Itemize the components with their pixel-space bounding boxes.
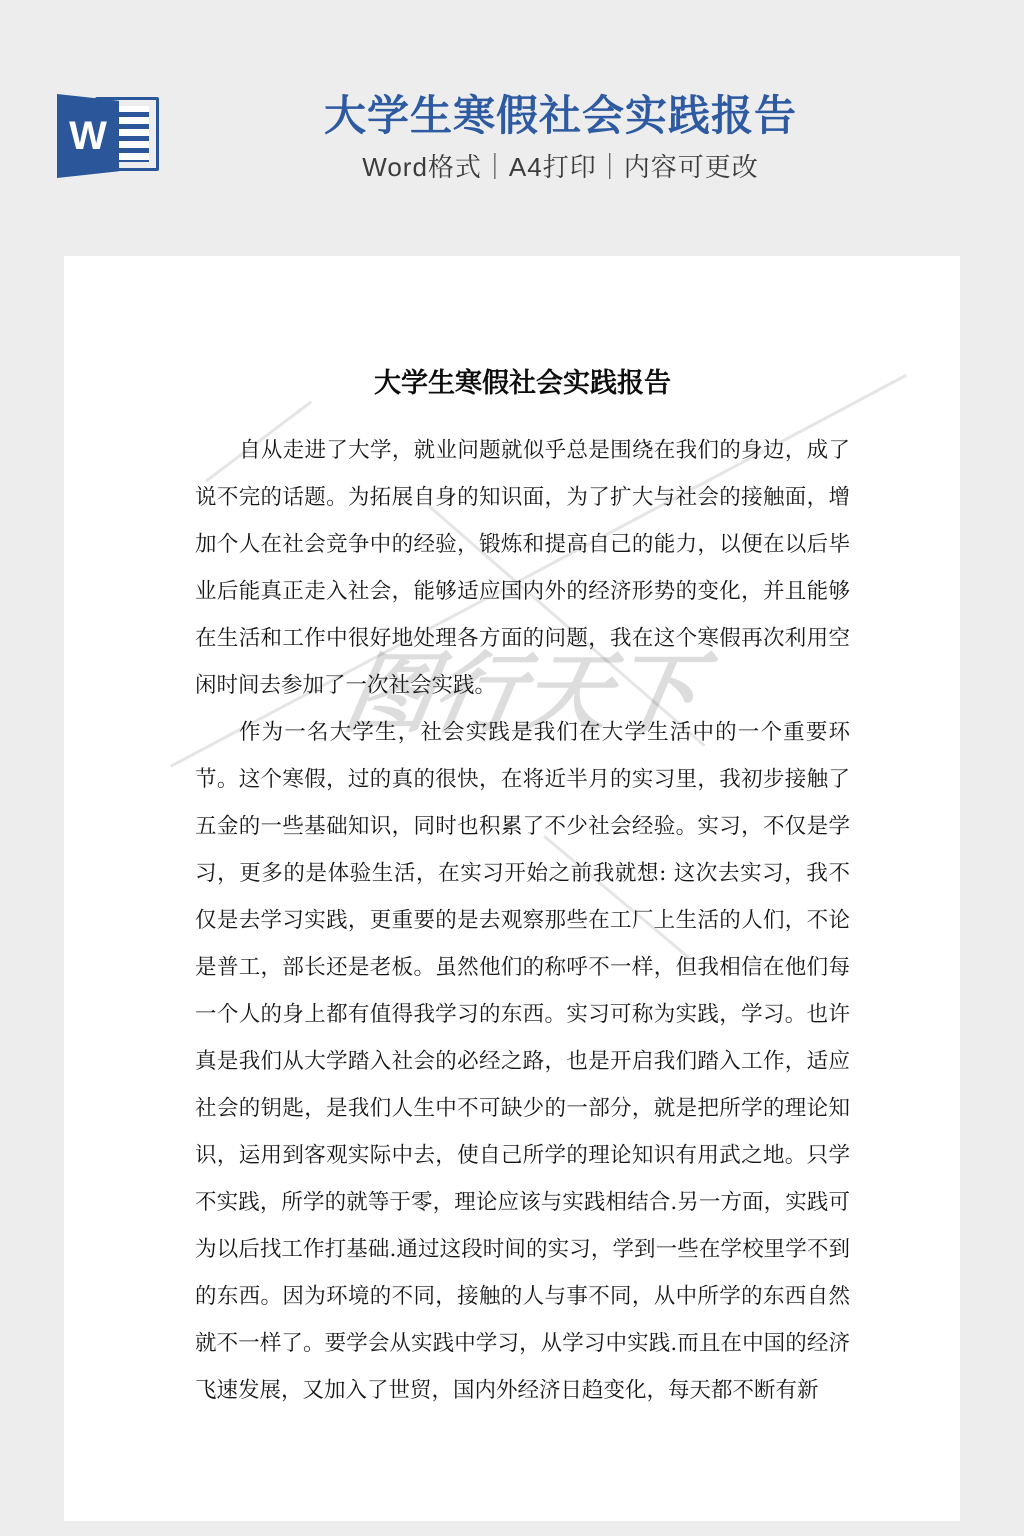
document-title: 大学生寒假社会实践报告 bbox=[195, 366, 850, 402]
document-body: 大学生寒假社会实践报告 自从走进了大学，就业问题就似乎总是围绕在我们的身边，成了… bbox=[64, 256, 960, 1414]
template-preview: W 大学生寒假社会实践报告 Word格式｜A4打印｜内容可更改 图行天下 大学生… bbox=[0, 0, 1024, 1536]
document-page: 图行天下 大学生寒假社会实践报告 自从走进了大学，就业问题就似乎总是围绕在我们的… bbox=[64, 256, 960, 1521]
word-icon-letter: W bbox=[69, 114, 107, 159]
header-subtitle: Word格式｜A4打印｜内容可更改 bbox=[161, 150, 960, 184]
header-text-block: 大学生寒假社会实践报告 Word格式｜A4打印｜内容可更改 bbox=[161, 88, 960, 184]
header: W 大学生寒假社会实践报告 Word格式｜A4打印｜内容可更改 bbox=[0, 88, 1024, 184]
word-icon: W bbox=[57, 94, 161, 178]
paragraph-2: 作为一名大学生，社会实践是我们在大学生活中的一个重要环节。这个寒假，过的真的很快… bbox=[195, 709, 850, 1414]
word-icon-panel: W bbox=[57, 94, 119, 178]
paragraph-1: 自从走进了大学，就业问题就似乎总是围绕在我们的身边，成了说不完的话题。为拓展自身… bbox=[195, 427, 850, 709]
header-title: 大学生寒假社会实践报告 bbox=[161, 90, 960, 142]
